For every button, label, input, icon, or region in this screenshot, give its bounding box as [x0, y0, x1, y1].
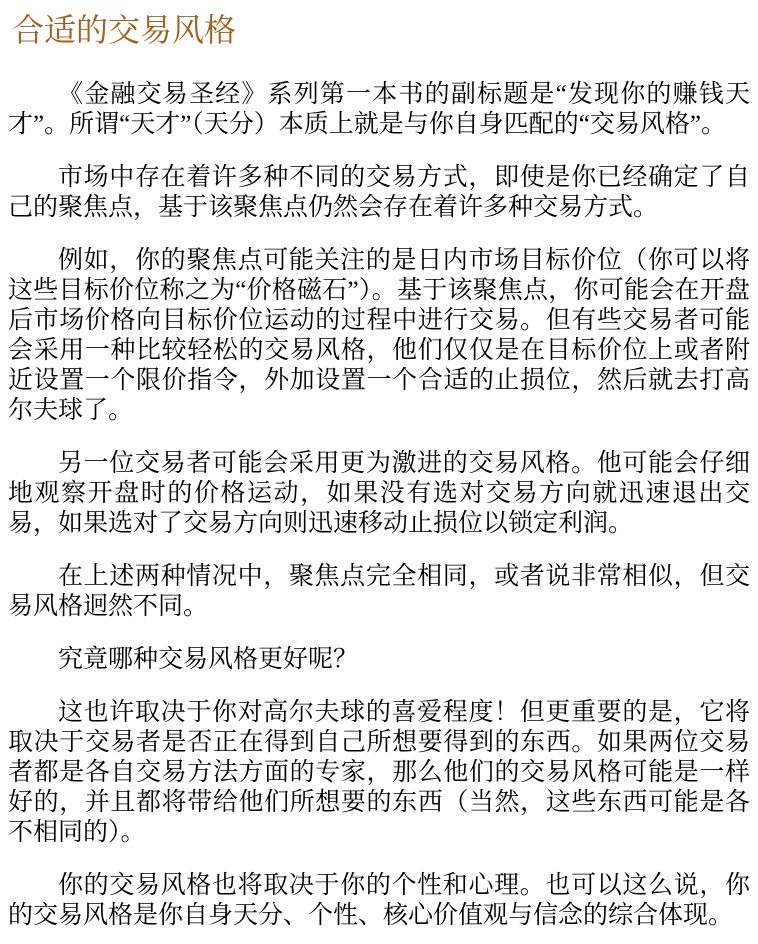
paragraph: 究竟哪种交易风格更好呢？ — [8, 645, 750, 675]
paragraph: 《金融交易圣经》系列第一本书的副标题是“发现你的赚钱天才”。所谓“天才”（天分）… — [8, 80, 750, 140]
page-title: 合适的交易风格 — [12, 13, 750, 47]
paragraph: 例如，你的聚焦点可能关注的是日内市场目标价位（你可以将这些目标价位称之为“价格磁… — [8, 246, 750, 426]
paragraph: 在上述两种情况中，聚焦点完全相同，或者说非常相似，但交易风格迥然不同。 — [8, 562, 750, 622]
paragraph: 这也许取决于你对高尔夫球的喜爱程度！但更重要的是，它将取决于交易者是否正在得到自… — [8, 698, 750, 848]
document-body: 《金融交易圣经》系列第一本书的副标题是“发现你的赚钱天才”。所谓“天才”（天分）… — [8, 80, 750, 931]
paragraph: 另一位交易者可能会采用更为激进的交易风格。他可能会仔细地观察开盘时的价格运动，如… — [8, 449, 750, 539]
paragraph: 市场中存在着许多种不同的交易方式，即使是你已经确定了自己的聚焦点，基于该聚焦点仍… — [8, 163, 750, 223]
paragraph: 你的交易风格也将取决于你的个性和心理。也可以这么说，你的交易风格是你自身天分、个… — [8, 871, 750, 931]
document-page: 合适的交易风格 《金融交易圣经》系列第一本书的副标题是“发现你的赚钱天才”。所谓… — [0, 0, 758, 944]
